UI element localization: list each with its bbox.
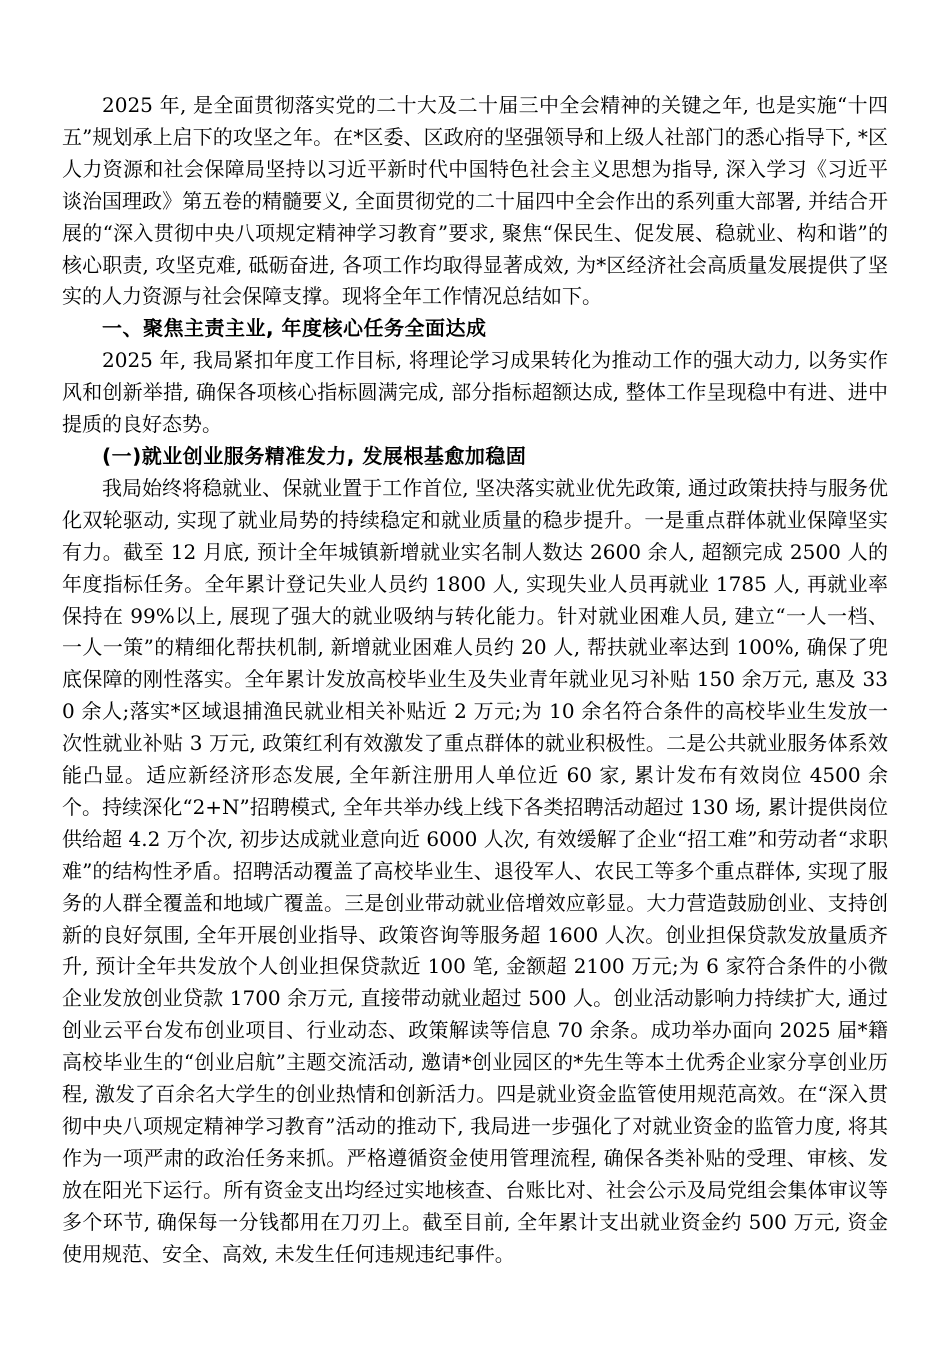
section-1-heading: 一、聚焦主责主业, 年度核心任务全面达成 bbox=[62, 313, 888, 345]
intro-paragraph: 2025 年, 是全面贯彻落实党的二十大及二十届三中全会精神的关键之年, 也是实… bbox=[62, 90, 888, 313]
subsection-1-1-heading: (一)就业创业服务精准发力, 发展根基愈加稳固 bbox=[62, 441, 888, 473]
document-body: 2025 年, 是全面贯彻落实党的二十大及二十届三中全会精神的关键之年, 也是实… bbox=[62, 90, 888, 1271]
section-1-overview-paragraph: 2025 年, 我局紧扣年度工作目标, 将理论学习成果转化为推动工作的强大动力,… bbox=[62, 345, 888, 441]
subsection-1-1-body-paragraph: 我局始终将稳就业、保就业置于工作首位, 坚决落实就业优先政策, 通过政策扶持与服… bbox=[62, 473, 888, 1271]
document-page: 2025 年, 是全面贯彻落实党的二十大及二十届三中全会精神的关键之年, 也是实… bbox=[0, 0, 950, 1346]
